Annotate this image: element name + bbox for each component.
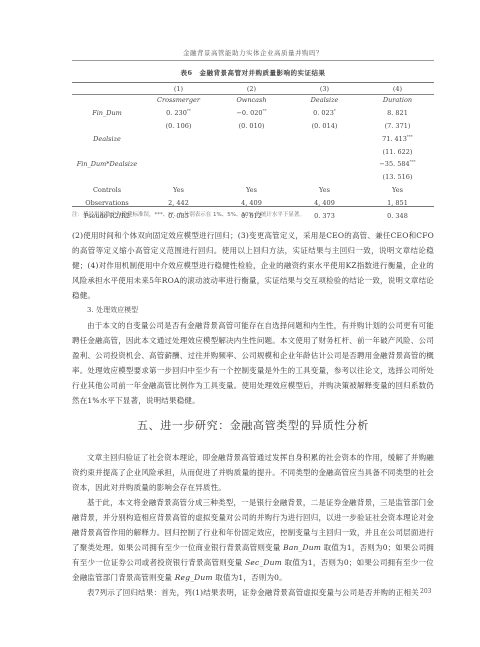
dependent-variable: Crossmerger — [142, 94, 215, 107]
paragraph: 文章主回归验证了社会资本理论，即金融背景高管通过发挥自身积累的社会资本的作用，缓… — [72, 450, 434, 495]
column-header: (2) — [215, 83, 288, 94]
column-header: (3) — [288, 83, 361, 94]
table-title: 表6 金融背景高管对并购质量影响的实证结果 — [72, 68, 434, 77]
table-row: Fin_Dum*Dealsize −35. 584*** — [72, 158, 434, 171]
table-cell: −35. 584*** — [361, 158, 434, 171]
table-cell: −0. 020** — [215, 107, 288, 120]
variable-sec-dum: Sec_Dum — [245, 558, 282, 567]
running-head: 金融背景高管能助力实体企业高质量并购吗？ — [72, 48, 434, 57]
table-row: (13. 516) — [72, 171, 434, 184]
table-cell: 71. 413*** — [361, 132, 434, 145]
header-rule — [72, 60, 434, 61]
row-label: Controls — [72, 184, 142, 197]
robustness-paragraph: (2)使用时间和个体双向固定效应模型进行回归；(3)变更高管定义，采用是CEO的… — [72, 228, 434, 408]
paragraph: 基于此，本文将金融背景高管分成三种类型，一是银行金融背景，二是证券金融背景，三是… — [72, 495, 434, 585]
table-cell: (13. 516) — [361, 171, 434, 184]
page-number: 203 — [420, 588, 431, 595]
paragraph: (2)使用时间和个体双向固定效应模型进行回归；(3)变更高管定义，采用是CEO的… — [72, 228, 434, 303]
table-row: Dealsize 71. 413*** — [72, 132, 434, 145]
stats-row: Observations 2, 442 4, 409 4, 409 1, 851 — [72, 196, 434, 209]
row-label: Fin_Dum*Dealsize — [72, 158, 142, 171]
dependent-variable: Duration — [361, 94, 434, 107]
section-title: 五、进一步研究：金融高管类型的异质性分析 — [72, 417, 434, 433]
column-number-row: (1) (2) (3) (4) — [72, 83, 434, 94]
variable-ban-dum: Ban_Dum — [283, 543, 321, 552]
row-label: Observations — [72, 196, 142, 209]
table-cell: (7. 371) — [361, 120, 434, 133]
row-label: Fin_Dum — [72, 107, 142, 120]
table-cell: 8. 821 — [361, 107, 434, 120]
table-cell: 0. 230** — [142, 107, 215, 120]
column-header: (1) — [142, 83, 215, 94]
further-research-body: 文章主回归验证了社会资本理论，即金融背景高管通过发挥自身积累的社会资本的作用，缓… — [72, 450, 434, 600]
table-cell: (0. 014) — [288, 120, 361, 133]
table-cell: (0. 106) — [142, 120, 215, 133]
column-header: (4) — [361, 83, 434, 94]
dependent-variable-row: Crossmerger Owncash Dealsize Duration — [72, 94, 434, 107]
table-note: 注：括号里的数字为稳健标准误，***、**、* 分别表示在 1%、5%、10% … — [72, 210, 434, 218]
dependent-variable: Dealsize — [288, 94, 361, 107]
table-row: (0. 106) (0. 010) (0. 014) (7. 371) — [72, 120, 434, 133]
table-bottom-rule — [72, 206, 434, 207]
table-cell: (11. 622) — [361, 145, 434, 158]
subsection-heading: 3. 处理效应模型 — [72, 303, 434, 318]
dependent-variable: Owncash — [215, 94, 288, 107]
table-cell: 0. 023* — [288, 107, 361, 120]
paragraph: 由于本文的自变量公司是否有金融背景高管可能存在自选择问题和内生性，有并购计划的公… — [72, 318, 434, 408]
stats-row: Controls Yes Yes Yes Yes — [72, 184, 434, 197]
table-row: (11. 622) — [72, 145, 434, 158]
row-label: Dealsize — [72, 132, 142, 145]
table-cell: (0. 010) — [215, 120, 288, 133]
table-row: Fin_Dum 0. 230** −0. 020** 0. 023* 8. 82… — [72, 107, 434, 120]
paragraph: 表7列示了回归结果：首先，列(1)结果表明，证券金融背景高管虚拟变量与公司是否并… — [72, 585, 434, 600]
variable-reg-dum: Reg_Dum — [175, 573, 213, 582]
results-table: (1) (2) (3) (4) Crossmerger Owncash Deal… — [72, 83, 434, 222]
